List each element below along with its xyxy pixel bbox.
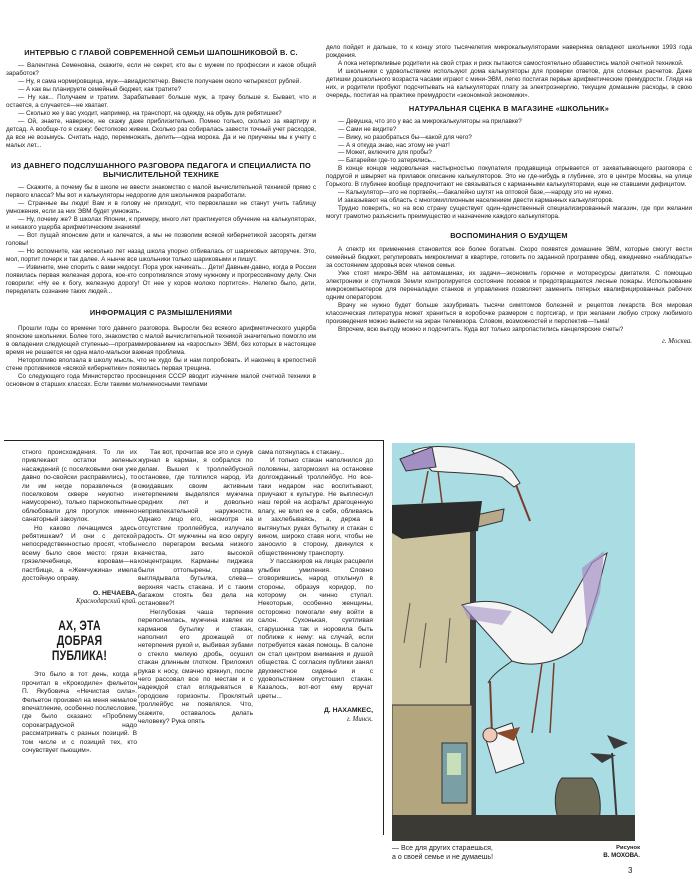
interview-body: — Валентина Семеновна, скажите, если не … bbox=[6, 62, 316, 149]
information-heading: ИНФОРМАЦИЯ С РАЗМЫШЛЕНИЯМИ bbox=[6, 308, 316, 317]
dialog-line: — Девушка, что это у вас за микрокалькул… bbox=[326, 118, 692, 126]
paragraph: Неторопливо вползала в школу мысль, что … bbox=[6, 357, 316, 373]
paragraph: стного происхождения. То ли их привлекаю… bbox=[22, 449, 137, 525]
cartoon-caption: — Все для других стараешься, а о своей с… bbox=[392, 844, 562, 862]
article-title: АХ, ЭТА ДОБРАЯ ПУБЛИКА! bbox=[35, 618, 125, 663]
paragraph: — Но вспомните, как несколько лет назад … bbox=[6, 248, 316, 264]
information-body: Прошли годы со времени того давнего разг… bbox=[6, 325, 316, 389]
paragraph: Так вот, прочитав все это и сунув журнал… bbox=[138, 449, 253, 609]
dateline-place: г. Москва. bbox=[326, 337, 692, 345]
dialog-line: — Батарейки где-то затерялись... bbox=[326, 157, 692, 165]
paragraph: И только стакан наполнился до половины, … bbox=[258, 457, 373, 558]
paragraph: — Калькулятор—это не портвейн,—бакалейно… bbox=[326, 189, 692, 197]
author-place: г. Минск. bbox=[258, 716, 373, 724]
paragraph: — А как вы планируете семейный бюджет, к… bbox=[6, 86, 316, 94]
dialog-line: — Вижу, но разобраться бы—какой для чего… bbox=[326, 134, 692, 142]
top-right-column: дело пойдет и дальше, то к концу этого т… bbox=[326, 44, 692, 345]
store-dialog: — Девушка, что это у вас за микрокалькул… bbox=[326, 118, 692, 166]
paragraph: У пассажиров на лицах расцвели улыбки ум… bbox=[258, 558, 373, 701]
credit-author: В. МОХОВА. bbox=[580, 852, 640, 860]
future-heading: ВОСПОМИНАНИЯ О БУДУЩЕМ bbox=[326, 231, 692, 240]
paragraph: Прошли годы со времени того давнего разг… bbox=[6, 325, 316, 357]
interview-heading: ИНТЕРВЬЮ С ГЛАВОЙ СОВРЕМЕННОЙ СЕМЬИ ШАПО… bbox=[6, 48, 316, 57]
dialog-line: — Сами не видите? bbox=[326, 126, 692, 134]
paragraph: — Ну, почему же? В школах Японии, к прим… bbox=[6, 216, 316, 232]
paragraph: — Странные вы люди! Вам и в голову не пр… bbox=[6, 200, 316, 216]
conversation-heading: ИЗ ДАВНЕГО ПОДСЛУШАННОГО РАЗГОВОРА ПЕДАГ… bbox=[6, 161, 316, 179]
conversation-body: — Скажите, а почему бы в школе не ввести… bbox=[6, 184, 316, 295]
caption-line: — Все для других стараешься, bbox=[392, 844, 562, 853]
bottom-column-3: сама потянулась к стакану... И только ст… bbox=[258, 449, 373, 724]
author-signature: Д. НАХАМКЕС, bbox=[258, 707, 373, 715]
author-signature: О. НЕЧАЕВА, bbox=[22, 590, 137, 598]
paragraph: В конце концов недовольная настырностью … bbox=[326, 165, 692, 189]
paragraph: Трудно поверить, но на всю страну сущест… bbox=[326, 205, 692, 221]
illustration-credit: Рисунок В. МОХОВА. bbox=[580, 844, 640, 860]
caption-line: а о своей семье и не думаешь! bbox=[392, 853, 562, 862]
page-number: 3 bbox=[628, 866, 632, 875]
paragraph: — Вот пущай японские дети и калечатся, а… bbox=[6, 232, 316, 248]
paragraph: Врачу не нужно будет больше зазубривать … bbox=[326, 302, 692, 326]
paragraph: И заказывают на область с многомиллионны… bbox=[326, 197, 692, 205]
paragraph: — Ну как... Получаем и тратим. Зарабатыв… bbox=[6, 94, 316, 110]
paragraph: Неглубокая чаша терпения переполнилась, … bbox=[138, 609, 253, 727]
credit-label: Рисунок bbox=[580, 844, 640, 852]
bottom-column-2: Так вот, прочитав все это и сунув журнал… bbox=[138, 449, 253, 726]
paragraph: — Ой, знаете, наверное, не скажу даже пр… bbox=[6, 118, 316, 150]
paragraph: — Ну, я сама нормировщица, муж—авиадиспе… bbox=[6, 78, 316, 86]
paragraph: Это было в тот день, когда я прочитал в … bbox=[22, 671, 137, 755]
store-scene-heading: НАТУРАЛЬНАЯ СЦЕНКА В МАГАЗИНЕ «ШКОЛЬНИК» bbox=[326, 104, 692, 113]
top-left-column: ИНТЕРВЬЮ С ГЛАВОЙ СОВРЕМЕННОЙ СЕМЬИ ШАПО… bbox=[6, 44, 316, 388]
paragraph: — Извините, мне спорить с вами недосуг. … bbox=[6, 264, 316, 296]
storks-cartoon-icon bbox=[392, 443, 635, 841]
paragraph: Со следующего года Министерство просвеще… bbox=[6, 373, 316, 389]
cartoon-illustration bbox=[392, 443, 635, 841]
paragraph: сама потянулась к стакану... bbox=[258, 449, 373, 457]
paragraph: — Валентина Семеновна, скажите, если не … bbox=[6, 62, 316, 78]
paragraph: И школьники с удовольствием используют д… bbox=[326, 68, 692, 100]
paragraph: Уже стоят микро-ЭВМ на автомашинах, их з… bbox=[326, 270, 692, 302]
author-region: Краснодарский край. bbox=[22, 598, 137, 606]
paragraph: дело пойдет и дальше, то к концу этого т… bbox=[326, 44, 692, 60]
paragraph: — Скажите, а почему бы в школе не ввести… bbox=[6, 184, 316, 200]
paragraph: А спектр их применения становится все бо… bbox=[326, 246, 692, 270]
paragraph: А пока нетерпеливые родители на свой стр… bbox=[326, 60, 692, 68]
paragraph: Но каково лечащимся здесь ребятишкам? И … bbox=[22, 525, 137, 584]
paragraph: — Сколько же у вас уходит, например, на … bbox=[6, 110, 316, 118]
bottom-column-1: стного происхождения. То ли их привлекаю… bbox=[22, 449, 137, 755]
paragraph: Впрочем, всю выгоду можно и подсчитать. … bbox=[326, 326, 692, 334]
